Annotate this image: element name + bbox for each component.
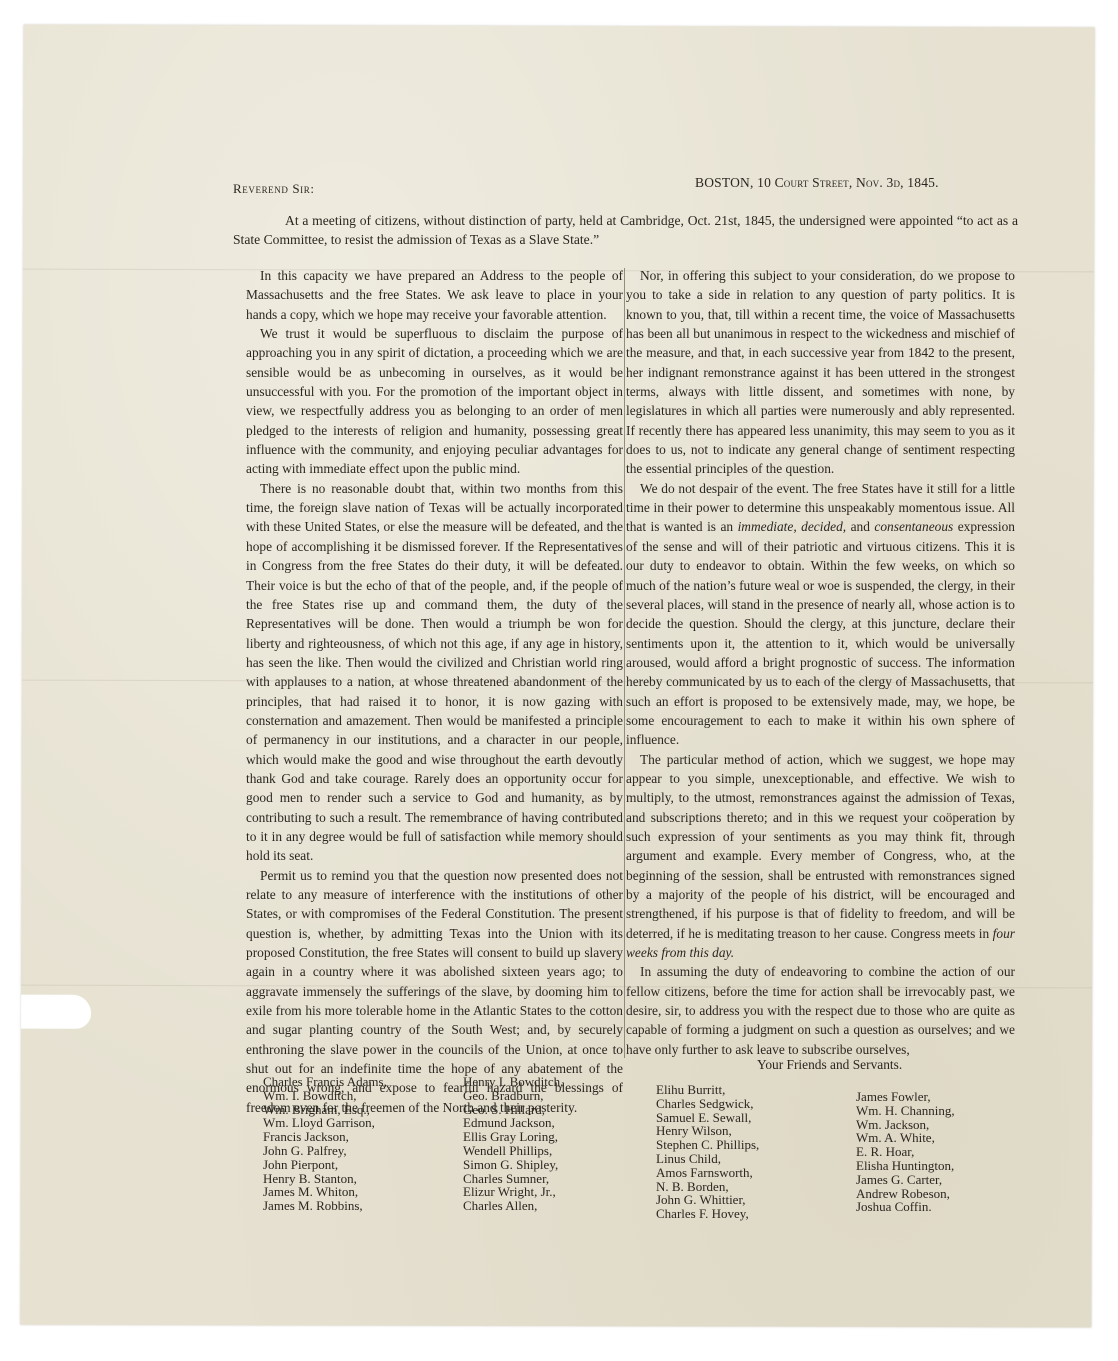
signatory: James M. Whiton, bbox=[263, 1185, 387, 1199]
signatory: Stephen C. Phillips, bbox=[656, 1138, 759, 1152]
paragraph: In this capacity we have prepared an Add… bbox=[246, 266, 623, 324]
signatory: Charles Francis Adams, bbox=[263, 1075, 387, 1089]
signatory: Henry I. Bowditch, bbox=[463, 1075, 563, 1089]
text-run: expression of the sense and will of thei… bbox=[626, 519, 1015, 747]
left-column: In this capacity we have prepared an Add… bbox=[246, 266, 623, 1117]
paragraph: Nor, in offering this subject to your co… bbox=[626, 266, 1015, 479]
dateline: BOSTON, 10 Court Street, Nov. 3d, 1845. bbox=[695, 175, 939, 191]
signatory-column-3: Elihu Burritt, Charles Sedgwick, Samuel … bbox=[656, 1083, 759, 1221]
signatory: Andrew Robeson, bbox=[856, 1187, 955, 1201]
signatory-column-4: James Fowler, Wm. H. Channing, Wm. Jacks… bbox=[856, 1090, 955, 1214]
signatory: Wendell Phillips, bbox=[463, 1144, 563, 1158]
signatory: Wm. A. White, bbox=[856, 1131, 955, 1145]
signatory: Henry Wilson, bbox=[656, 1124, 759, 1138]
torn-edge-notch bbox=[21, 995, 91, 1029]
signatory: Elihu Burritt, bbox=[656, 1083, 759, 1097]
signatory: John G. Palfrey, bbox=[263, 1144, 387, 1158]
signatory: Samuel E. Sewall, bbox=[656, 1111, 759, 1125]
closing-line: Your Friends and Servants. bbox=[757, 1057, 902, 1073]
signatory: Francis Jackson, bbox=[263, 1130, 387, 1144]
paragraph: We do not despair of the event. The free… bbox=[626, 479, 1015, 750]
signatory: Simon G. Shipley, bbox=[463, 1158, 563, 1172]
signatory: Amos Farnsworth, bbox=[656, 1166, 759, 1180]
signatory: John G. Whittier, bbox=[656, 1193, 759, 1207]
signatory: N. B. Borden, bbox=[656, 1180, 759, 1194]
paragraph: The particular method of action, which w… bbox=[626, 750, 1015, 963]
signatory: John Pierpont, bbox=[263, 1158, 387, 1172]
signatory: Geo. S. Hillard, bbox=[463, 1103, 563, 1117]
signatory: Wm. H. Channing, bbox=[856, 1104, 955, 1118]
signatory: Elisha Huntington, bbox=[856, 1159, 955, 1173]
signatory: Ellis Gray Loring, bbox=[463, 1130, 563, 1144]
signatory-column-1: Charles Francis Adams, Wm. I. Bowditch, … bbox=[263, 1075, 387, 1213]
signatory: Linus Child, bbox=[656, 1152, 759, 1166]
intro-paragraph: At a meeting of citizens, without distin… bbox=[233, 211, 1018, 249]
signatory: Wm. Jackson, bbox=[856, 1118, 955, 1132]
paragraph: There is no reasonable doubt that, withi… bbox=[246, 479, 623, 866]
signatory: Wm. I. Bowditch, bbox=[263, 1089, 387, 1103]
paragraph: In assuming the duty of endeavoring to c… bbox=[626, 962, 1015, 1059]
paragraph: We trust it would be superfluous to disc… bbox=[246, 324, 623, 479]
signatory: Wm. Brigham, Esq., bbox=[263, 1103, 387, 1117]
column-divider bbox=[624, 268, 625, 1058]
text-run: The particular method of action, which w… bbox=[626, 752, 1015, 941]
signatory: Charles Allen, bbox=[463, 1199, 563, 1213]
signatory: Geo. Bradburn, bbox=[463, 1089, 563, 1103]
signatory: Edmund Jackson, bbox=[463, 1116, 563, 1130]
signatory: Charles Sedgwick, bbox=[656, 1097, 759, 1111]
signatory: Charles F. Hovey, bbox=[656, 1207, 759, 1221]
signatory: Charles Sumner, bbox=[463, 1172, 563, 1186]
signatory: Elizur Wright, Jr., bbox=[463, 1185, 563, 1199]
signatory: James G. Carter, bbox=[856, 1173, 955, 1187]
italic-run: immediate, decided, bbox=[738, 519, 847, 534]
italic-run: consentaneous bbox=[874, 519, 953, 534]
salutation: Reverend Sir: bbox=[233, 181, 315, 197]
dateline-date: Nov. 3d, 1845. bbox=[856, 175, 939, 190]
signatory: Joshua Coffin. bbox=[856, 1200, 955, 1214]
signatory-column-2: Henry I. Bowditch, Geo. Bradburn, Geo. S… bbox=[463, 1075, 563, 1213]
signatory: E. R. Hoar, bbox=[856, 1145, 955, 1159]
signatory: Wm. Lloyd Garrison, bbox=[263, 1116, 387, 1130]
dateline-place: BOSTON, bbox=[695, 175, 754, 190]
right-column: Nor, in offering this subject to your co… bbox=[626, 266, 1015, 1059]
signatory: Henry B. Stanton, bbox=[263, 1172, 387, 1186]
dateline-address: 10 Court Street, bbox=[757, 175, 852, 190]
text-run: and bbox=[846, 519, 874, 534]
signatory: James M. Robbins, bbox=[263, 1199, 387, 1213]
signatory: James Fowler, bbox=[856, 1090, 955, 1104]
